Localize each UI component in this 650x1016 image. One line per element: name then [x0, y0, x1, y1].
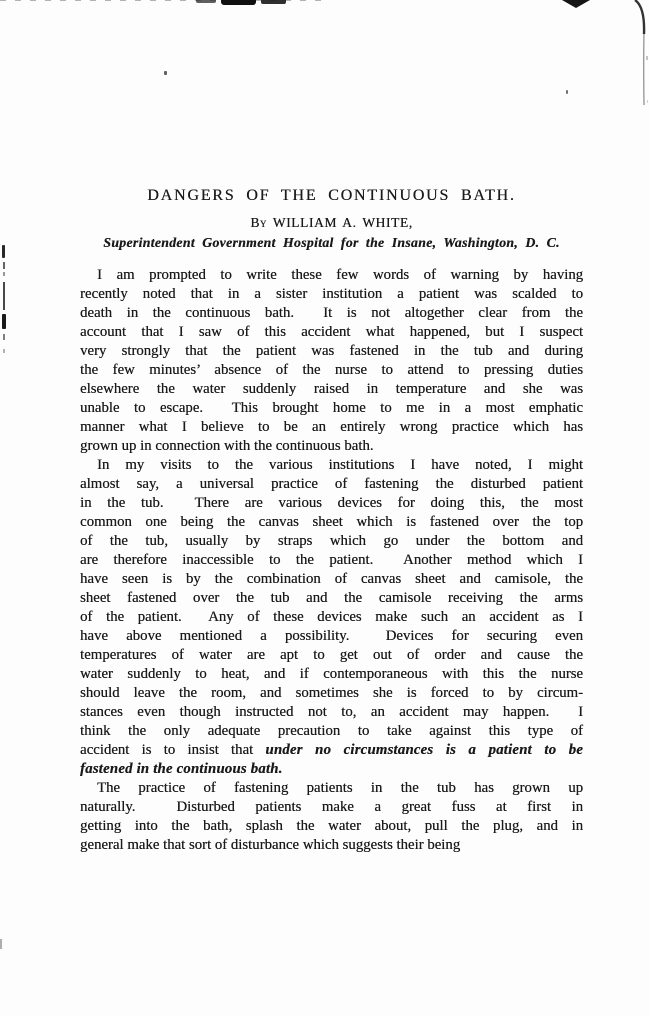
- text-line: have seen is by the combination of canva…: [80, 570, 583, 589]
- text-line: have above mentioned a possibility. Devi…: [80, 627, 583, 646]
- text-line: think the only adequate precaution to ta…: [80, 722, 583, 741]
- text-line: recently noted that in a sister institut…: [80, 285, 583, 304]
- page-title: DANGERS OF THE CONTINUOUS BATH.: [80, 187, 583, 205]
- left-edge-binding-mark-artifact: [3, 272, 5, 276]
- text-line: manner what I believe to be an entirely …: [80, 418, 583, 437]
- article-body: I am prompted to write these few words o…: [80, 266, 583, 855]
- author-affiliation: Superintendent Government Hospital for t…: [80, 236, 583, 250]
- article-column: DANGERS OF THE CONTINUOUS BATH. By WILLI…: [80, 187, 583, 855]
- text-line: of the tub, usually by straps which go u…: [80, 532, 583, 551]
- right-edge-speck-artifact: [647, 100, 648, 103]
- left-edge-binding-mark-artifact: [3, 262, 5, 269]
- text-line: are therefore inaccessible to the patien…: [80, 551, 583, 570]
- top-edge-smudge-artifact: [261, 0, 286, 4]
- text-line: temperatures of water are apt to get out…: [80, 646, 583, 665]
- paper-speck-artifact: [164, 71, 167, 75]
- text-line: getting into the bath, splash the water …: [80, 817, 583, 836]
- left-edge-binding-mark-artifact: [2, 245, 5, 258]
- text-line: grown up in connection with the continuo…: [80, 437, 583, 456]
- text-line: fastened in the continuous bath.: [80, 760, 583, 779]
- text-line: of the patient. Any of these devices mak…: [80, 608, 583, 627]
- top-edge-smudge-artifact: [221, 0, 256, 5]
- bottom-left-speck-artifact: [0, 939, 2, 949]
- text-line: stances even though instructed not to, a…: [80, 703, 583, 722]
- left-edge-binding-mark-artifact: [2, 314, 6, 329]
- text-line: sheet fastened over the tub and the cami…: [80, 589, 583, 608]
- text-line: accident is to insist that under no circ…: [80, 741, 583, 760]
- text-line: account that I saw of this accident what…: [80, 323, 583, 342]
- top-right-ink-blot-artifact: [562, 0, 590, 8]
- text-line: very strongly that the patient was faste…: [80, 342, 583, 361]
- right-edge-curve-artifact: [628, 0, 650, 110]
- text-line: almost say, a universal practice of fast…: [80, 475, 583, 494]
- right-margin-speck-artifact: [566, 90, 568, 94]
- text-line: I am prompted to write these few words o…: [80, 266, 583, 285]
- text-line: death in the continuous bath. It is not …: [80, 304, 583, 323]
- top-edge-hairline-artifact: [0, 0, 330, 1]
- text-line: in the tub. There are various devices fo…: [80, 494, 583, 513]
- text-line: elsewhere the water suddenly raised in t…: [80, 380, 583, 399]
- text-line: The practice of fastening patients in th…: [80, 779, 583, 798]
- left-edge-binding-mark-artifact: [3, 349, 5, 353]
- byline: By WILLIAM A. WHITE,: [80, 216, 583, 230]
- scanned-page: DANGERS OF THE CONTINUOUS BATH. By WILLI…: [0, 0, 650, 1016]
- left-edge-binding-mark-artifact: [3, 334, 5, 340]
- top-edge-smudge-artifact: [196, 0, 216, 3]
- text-line: water suddenly to heat, and if contempor…: [80, 665, 583, 684]
- text-line: unable to escape. This brought home to m…: [80, 399, 583, 418]
- text-line: common one being the canvas sheet which …: [80, 513, 583, 532]
- text-line: should leave the room, and sometimes she…: [80, 684, 583, 703]
- text-line: general make that sort of disturbance wh…: [80, 836, 583, 855]
- text-line: In my visits to the various institutions…: [80, 456, 583, 475]
- text-line: naturally. Disturbed patients make a gre…: [80, 798, 583, 817]
- left-edge-binding-mark-artifact: [3, 282, 5, 310]
- text-line: the few minutes’ absence of the nurse to…: [80, 361, 583, 380]
- right-edge-speck-artifact: [646, 56, 648, 60]
